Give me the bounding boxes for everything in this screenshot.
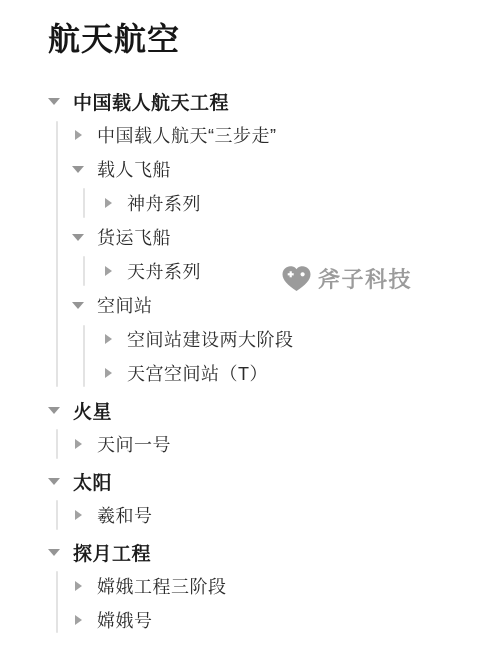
collapse-icon[interactable] <box>72 230 84 244</box>
expand-icon[interactable] <box>72 437 84 451</box>
tree-item[interactable]: 中国载人航天“三步走” <box>0 118 500 152</box>
tree-item[interactable]: 神舟系列 <box>0 186 500 220</box>
tree-item-label: 空间站建设两大阶段 <box>127 326 294 352</box>
tree-guide-line <box>56 429 58 459</box>
tree-item[interactable]: 羲和号 <box>0 498 500 532</box>
tree-guide-line <box>83 325 85 387</box>
collapse-icon[interactable] <box>72 298 84 312</box>
expand-icon[interactable] <box>102 366 114 380</box>
tree-item[interactable]: 天舟系列 <box>0 254 500 288</box>
tree-item-label: 空间站 <box>97 292 153 318</box>
tree-item-label: 嫦娥号 <box>97 607 153 633</box>
tree-item[interactable]: 嫦娥号 <box>0 603 500 637</box>
tree-item-label: 嫦娥工程三阶段 <box>97 573 227 599</box>
collapse-icon[interactable] <box>48 403 60 417</box>
outline-page: 航天航空 中国载人航天工程 中国载人航天“三步走” 载人飞船 神舟系列 货运飞 <box>0 0 500 653</box>
tree-item[interactable]: 火星 <box>0 393 500 427</box>
tree-item[interactable]: 中国载人航天工程 <box>0 84 500 118</box>
tree-item-label: 中国载人航天工程 <box>73 88 229 115</box>
collapse-icon[interactable] <box>48 94 60 108</box>
tree-guide-line <box>83 256 85 286</box>
tree-item-label: 神舟系列 <box>127 190 201 216</box>
tree-item-label: 太阳 <box>73 468 112 495</box>
tree-item-label: 火星 <box>73 397 112 424</box>
tree-guide-line <box>56 571 58 633</box>
tree-item[interactable]: 天问一号 <box>0 427 500 461</box>
tree-item-label: 探月工程 <box>73 539 151 566</box>
tree-item[interactable]: 探月工程 <box>0 535 500 569</box>
expand-icon[interactable] <box>72 613 84 627</box>
tree-item-label: 羲和号 <box>97 502 153 528</box>
collapse-icon[interactable] <box>48 545 60 559</box>
tree-guide-line <box>56 121 58 387</box>
expand-icon[interactable] <box>72 579 84 593</box>
tree-guide-line <box>56 500 58 530</box>
page-title: 航天航空 <box>48 14 180 60</box>
tree-item[interactable]: 空间站 <box>0 288 500 322</box>
collapse-icon[interactable] <box>48 474 60 488</box>
expand-icon[interactable] <box>72 128 84 142</box>
tree-item-label: 货运飞船 <box>97 224 171 250</box>
collapse-icon[interactable] <box>72 162 84 176</box>
expand-icon[interactable] <box>72 508 84 522</box>
tree-item-label: 天问一号 <box>97 431 171 457</box>
tree-item[interactable]: 载人飞船 <box>0 152 500 186</box>
expand-icon[interactable] <box>102 264 114 278</box>
tree-item[interactable]: 天宫空间站（T） <box>0 356 500 390</box>
tree-item-label: 载人飞船 <box>97 156 171 182</box>
tree-item-label: 天舟系列 <box>127 258 201 284</box>
tree-item[interactable]: 太阳 <box>0 464 500 498</box>
tree-item-label: 中国载人航天“三步走” <box>97 122 277 148</box>
tree-item[interactable]: 嫦娥工程三阶段 <box>0 569 500 603</box>
tree-item-label: 天宫空间站（T） <box>127 360 268 386</box>
tree-item[interactable]: 空间站建设两大阶段 <box>0 322 500 356</box>
expand-icon[interactable] <box>102 196 114 210</box>
expand-icon[interactable] <box>102 332 114 346</box>
outline-tree: 中国载人航天工程 中国载人航天“三步走” 载人飞船 神舟系列 货运飞船 天舟系列… <box>0 84 500 637</box>
tree-item[interactable]: 货运飞船 <box>0 220 500 254</box>
tree-guide-line <box>83 188 85 218</box>
